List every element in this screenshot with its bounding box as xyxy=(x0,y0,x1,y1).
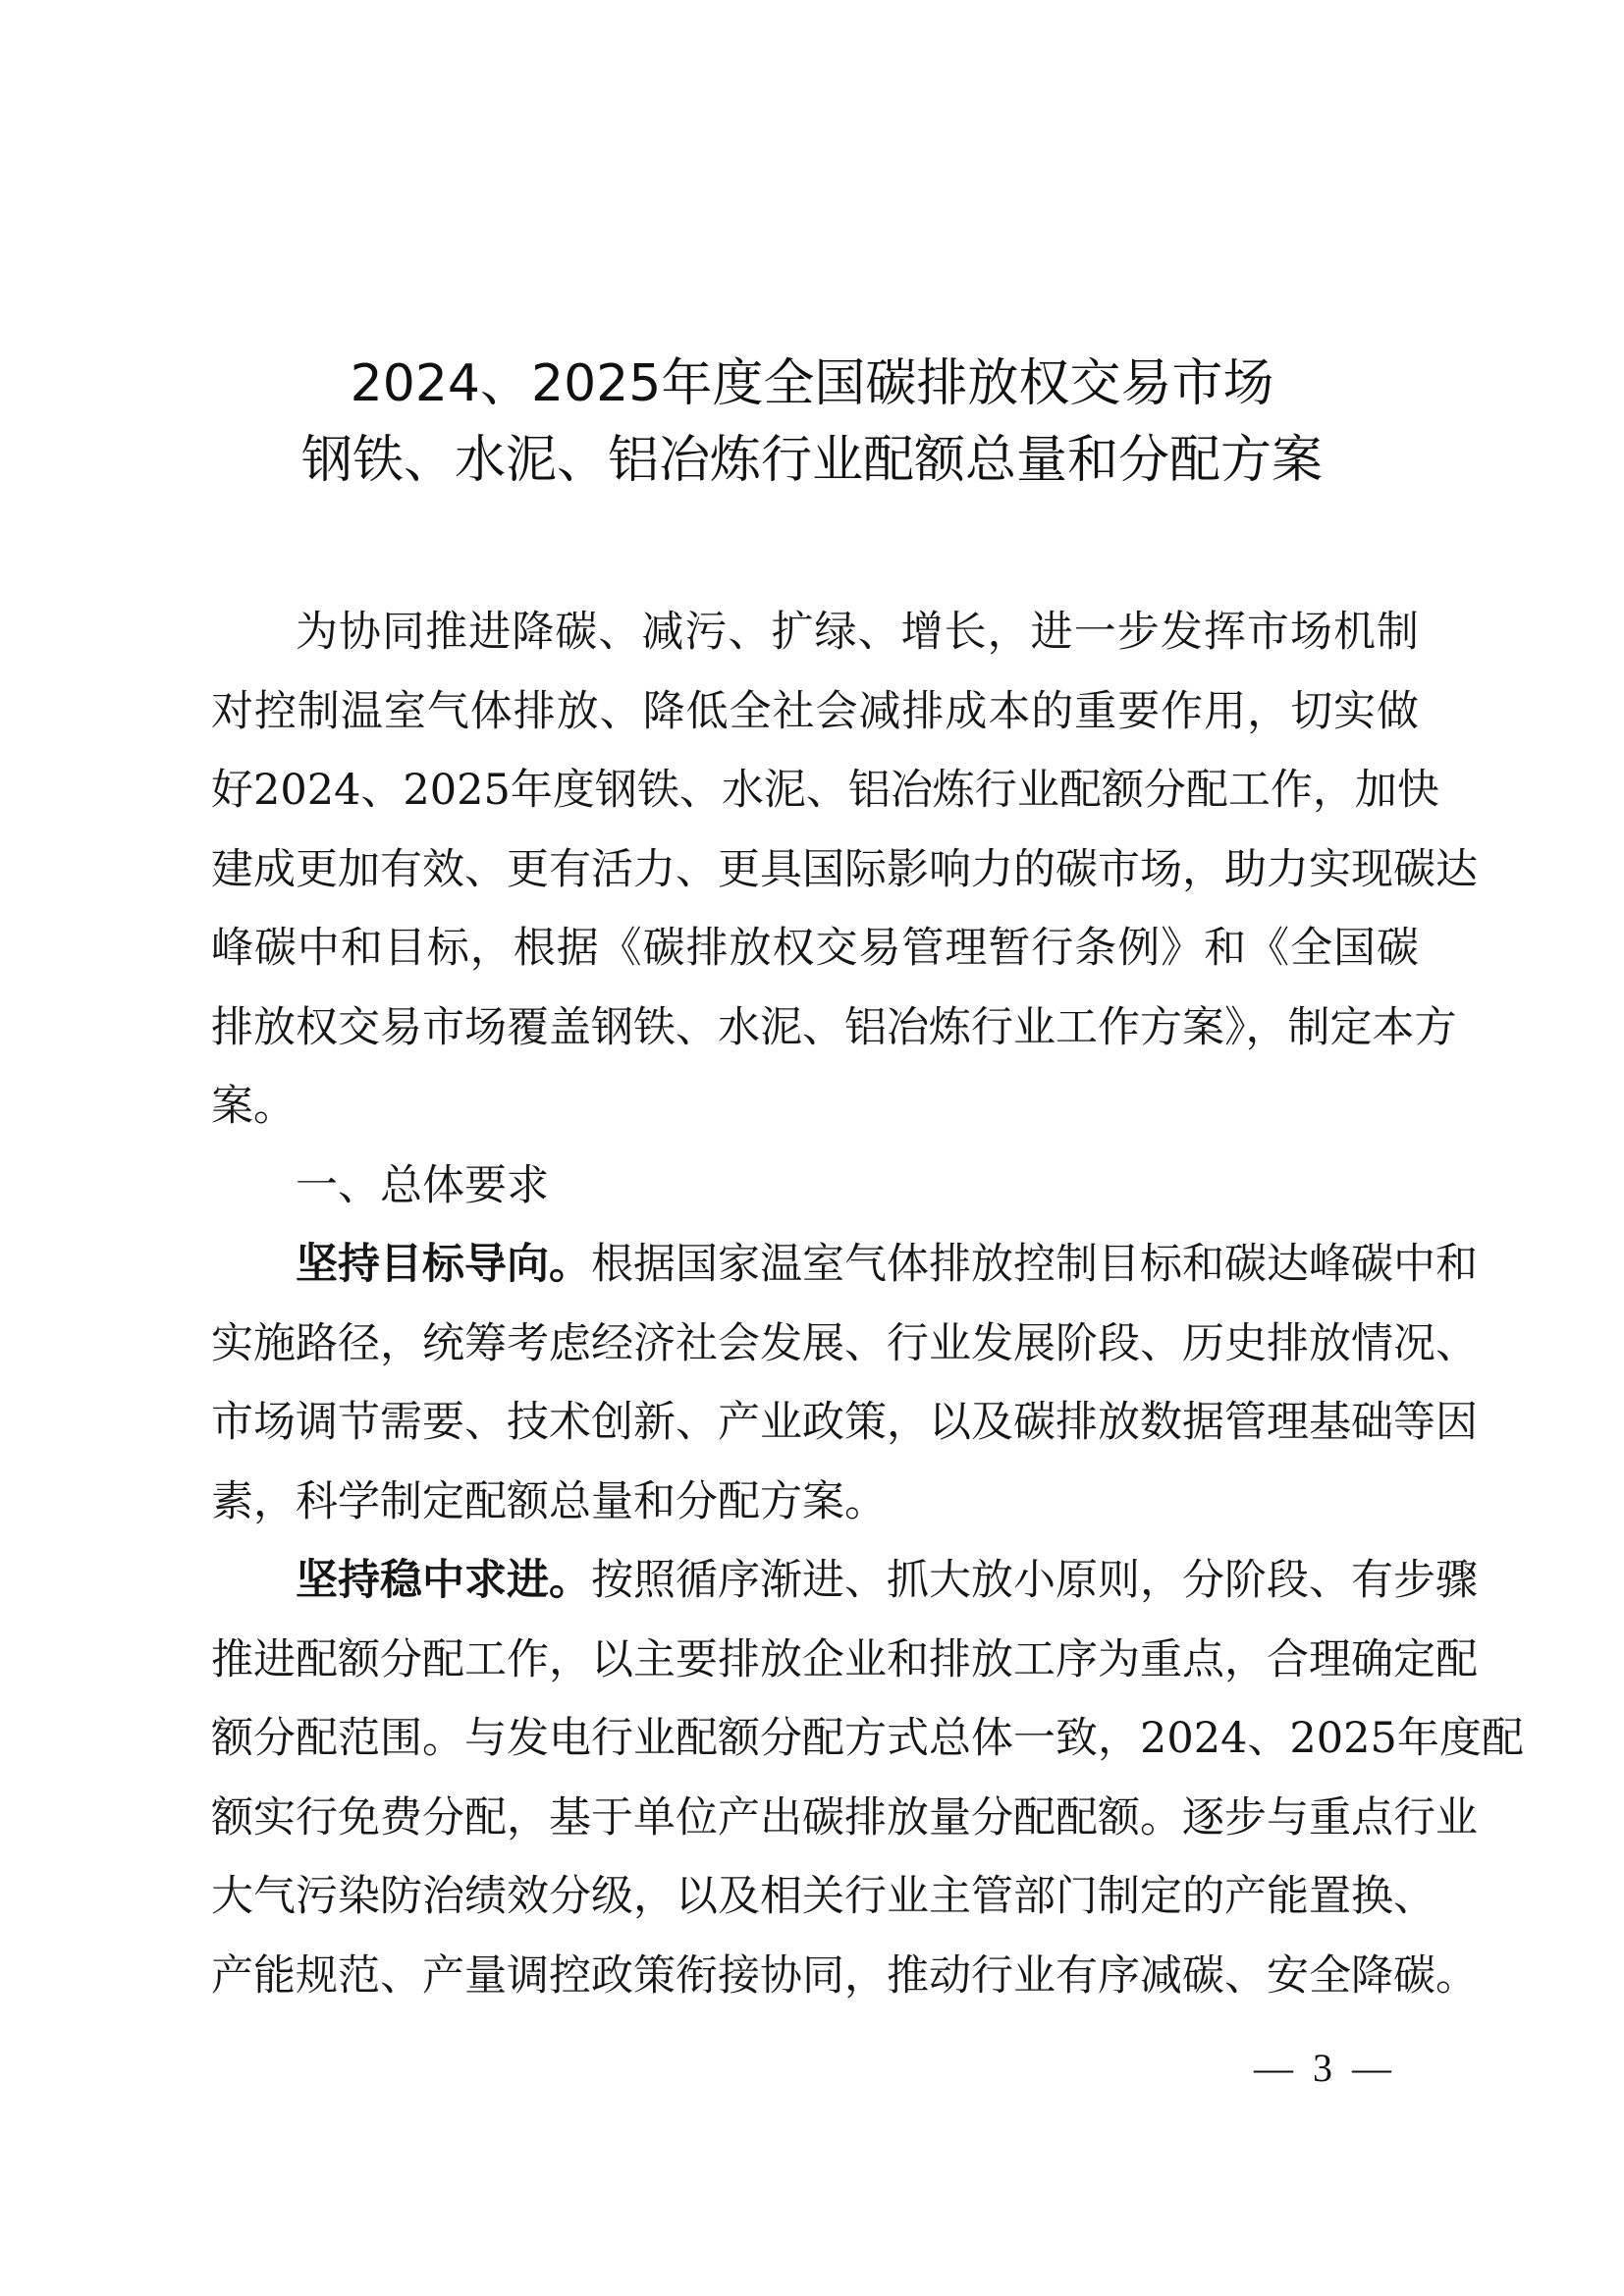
title-line-1: 2024、2025年度全国碳排放权交易市场 xyxy=(0,346,1624,422)
section-heading-general-requirements: 一、总体要求 xyxy=(211,1147,1419,1226)
page-number: — 3 — xyxy=(1239,2044,1406,2093)
para1-line-4: 素，科学制定配额总量和分配方案。 xyxy=(211,1463,1419,1542)
intro-line-1: 为协同推进降碳、减污、扩绿、增长，进一步发挥市场机制 xyxy=(211,593,1419,672)
para1-line-1: 坚持目标导向。根据国家温室气体排放控制目标和碳达峰碳中和 xyxy=(211,1225,1419,1305)
para2-line-6: 产能规范、产量调控政策衔接协同，推动行业有序减碳、安全降碳。 xyxy=(211,1937,1419,2016)
document-page: 2024、2025年度全国碳排放权交易市场 钢铁、水泥、铝冶炼行业配额总量和分配… xyxy=(0,0,1624,2296)
title-line-2: 钢铁、水泥、铝冶炼行业配额总量和分配方案 xyxy=(0,422,1624,499)
para2-line-4: 额实行免费分配，基于单位产出碳排放量分配配额。逐步与重点行业 xyxy=(211,1779,1419,1858)
intro-line-3: 好2024、2025年度钢铁、水泥、铝冶炼行业配额分配工作，加快 xyxy=(211,751,1419,830)
para2-lead: 坚持稳中求进。 xyxy=(296,1556,591,1605)
para2-line-1: 坚持稳中求进。按照循序渐进、抓大放小原则，分阶段、有步骤 xyxy=(211,1541,1419,1621)
document-body: 为协同推进降碳、减污、扩绿、增长，进一步发挥市场机制 对控制温室气体排放、降低全… xyxy=(211,593,1419,2015)
para1-line-2: 实施路径，统筹考虑经济社会发展、行业发展阶段、历史排放情况、 xyxy=(211,1305,1419,1384)
intro-line-4: 建成更加有效、更有活力、更具国际影响力的碳市场，助力实现碳达 xyxy=(211,830,1419,910)
para1-line-1-rest: 根据国家温室气体排放控制目标和碳达峰碳中和 xyxy=(591,1240,1478,1289)
intro-line-6: 排放权交易市场覆盖钢铁、水泥、铝冶炼行业工作方案》，制定本方 xyxy=(211,988,1419,1068)
para1-line-3: 市场调节需要、技术创新、产业政策，以及碳排放数据管理基础等因 xyxy=(211,1383,1419,1463)
para1-lead: 坚持目标导向。 xyxy=(296,1240,591,1289)
intro-line-2: 对控制温室气体排放、降低全社会减排成本的重要作用，切实做 xyxy=(211,672,1419,752)
para2-line-2: 推进配额分配工作，以主要排放企业和排放工序为重点，合理确定配 xyxy=(211,1621,1419,1700)
para2-line-3: 额分配范围。与发电行业配额分配方式总体一致，2024、2025年度配 xyxy=(211,1699,1419,1779)
document-title: 2024、2025年度全国碳排放权交易市场 钢铁、水泥、铝冶炼行业配额总量和分配… xyxy=(0,346,1624,499)
para2-line-1-rest: 按照循序渐进、抓大放小原则，分阶段、有步骤 xyxy=(591,1556,1478,1605)
para2-line-5: 大气污染防治绩效分级，以及相关行业主管部门制定的产能置换、 xyxy=(211,1857,1419,1937)
intro-line-7: 案。 xyxy=(211,1067,1419,1147)
intro-line-5: 峰碳中和目标，根据《碳排放权交易管理暂行条例》和《全国碳 xyxy=(211,909,1419,988)
